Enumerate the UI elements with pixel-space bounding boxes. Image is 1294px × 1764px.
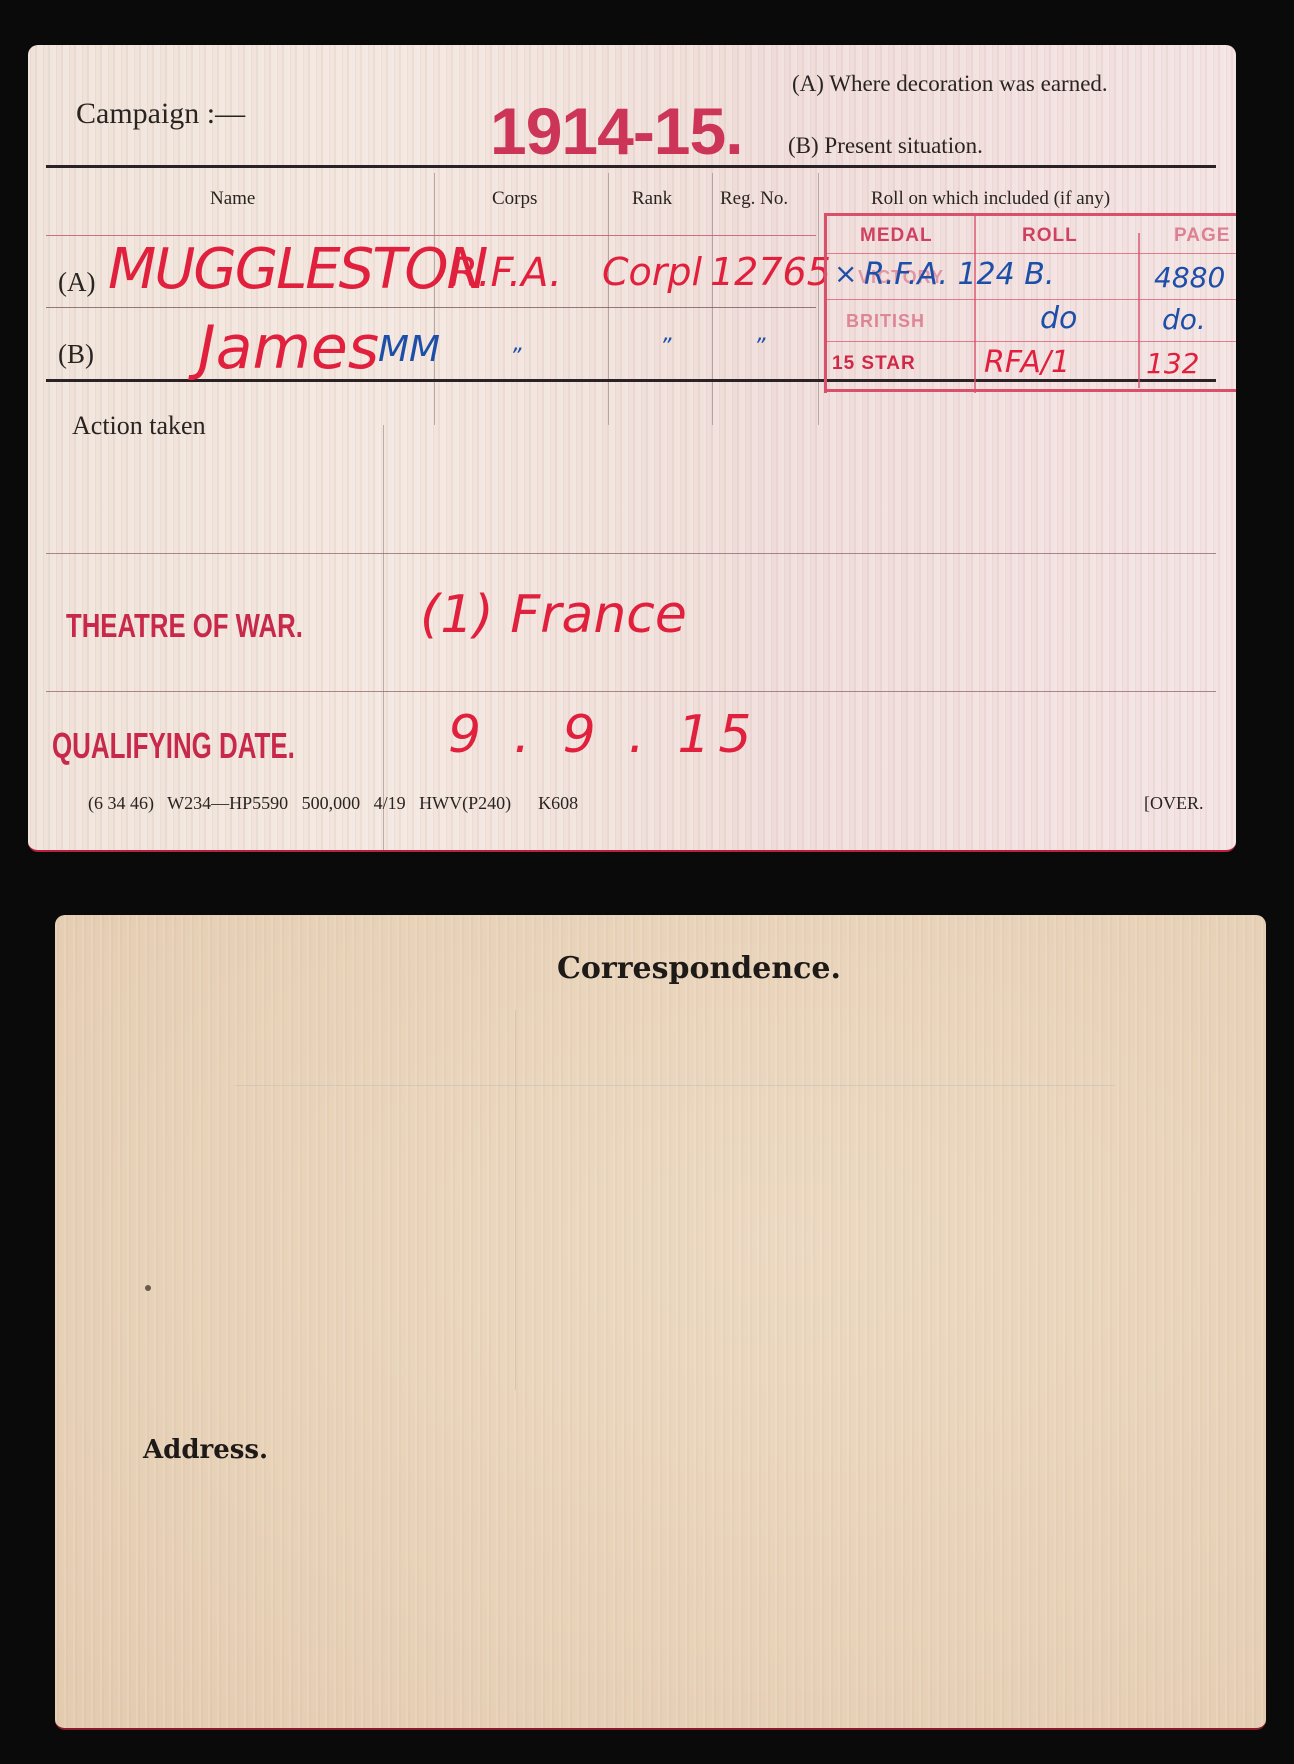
correspondence-heading: Correspondence. bbox=[557, 951, 841, 986]
stamp-header-page: PAGE bbox=[1174, 225, 1230, 247]
row-b-forename: James bbox=[198, 313, 379, 383]
row-a-reg-no: 12765 bbox=[710, 250, 831, 294]
campaign-stamp: 1914-15. bbox=[490, 93, 743, 169]
theatre-of-war-value: (1) France bbox=[420, 585, 687, 645]
row-a-marker: (A) bbox=[58, 267, 95, 298]
paper-blemish bbox=[145, 1285, 151, 1291]
column-divider bbox=[818, 173, 819, 425]
section-rule bbox=[46, 691, 1216, 692]
row-rule bbox=[46, 235, 816, 236]
campaign-label: Campaign :— bbox=[76, 97, 245, 131]
row-rule bbox=[46, 307, 816, 308]
row-b-reg-no-ditto: ” bbox=[754, 335, 765, 360]
british-page: do. bbox=[1162, 303, 1206, 336]
action-taken-label: Action taken bbox=[72, 411, 206, 441]
stamp-medal-british: BRITISH bbox=[846, 311, 925, 332]
row-b-decoration: MM bbox=[378, 329, 440, 370]
stamp-header-medal: MEDAL bbox=[860, 225, 933, 247]
legend-a: (A) Where decoration was earned. bbox=[792, 71, 1108, 97]
victory-mark: × bbox=[834, 257, 857, 290]
printer-imprint: (6 34 46) W234—HP5590 500,000 4/19 HWV(P… bbox=[88, 793, 578, 814]
column-header-reg-no: Reg. No. bbox=[720, 188, 788, 210]
british-roll: do bbox=[1040, 301, 1077, 336]
victory-page: 4880 bbox=[1154, 261, 1225, 294]
row-a-corps: R.F.A. bbox=[450, 250, 562, 296]
stamp-header-roll: ROLL bbox=[1022, 225, 1078, 247]
star-roll: RFA/1 bbox=[984, 345, 1070, 380]
column-header-name: Name bbox=[210, 188, 255, 210]
medal-index-card-front: Campaign :— 1914-15. (A) Where decoratio… bbox=[28, 45, 1236, 852]
ghost-line bbox=[515, 1010, 516, 1390]
medal-index-card-back: Correspondence. Address. bbox=[55, 915, 1266, 1730]
header-rule bbox=[46, 165, 1216, 168]
over-note: [OVER. bbox=[1144, 793, 1204, 814]
column-divider bbox=[383, 425, 384, 850]
theatre-of-war-label: THEATRE OF WAR. bbox=[66, 607, 303, 645]
address-label: Address. bbox=[143, 1435, 268, 1465]
medal-roll-stamp: MEDAL ROLL PAGE VICTORY × R.F.A. 124 B. … bbox=[824, 213, 1236, 393]
row-b-rank-ditto: ” bbox=[660, 335, 671, 360]
star-page: 132 bbox=[1146, 347, 1199, 380]
column-header-rank: Rank bbox=[632, 188, 672, 210]
stamp-medal-star: 15 STAR bbox=[832, 353, 916, 375]
qualifying-date-label: QUALIFYING DATE. bbox=[52, 725, 295, 767]
column-header-corps: Corps bbox=[492, 188, 537, 210]
row-b-corps-ditto: ” bbox=[510, 345, 521, 370]
ghost-line bbox=[235, 1085, 1115, 1086]
qualifying-date-value: 9 . 9 . 15 bbox=[448, 705, 760, 765]
row-b-marker: (B) bbox=[58, 339, 94, 370]
row-a-surname: MUGGLESTON bbox=[108, 237, 486, 302]
legend-b: (B) Present situation. bbox=[788, 133, 983, 159]
row-a-rank: Corpl bbox=[602, 250, 702, 294]
victory-roll: R.F.A. 124 B. bbox=[864, 257, 1054, 292]
column-divider bbox=[712, 173, 713, 425]
column-header-roll: Roll on which included (if any) bbox=[871, 188, 1110, 210]
section-rule bbox=[46, 553, 1216, 554]
column-divider bbox=[608, 173, 609, 425]
